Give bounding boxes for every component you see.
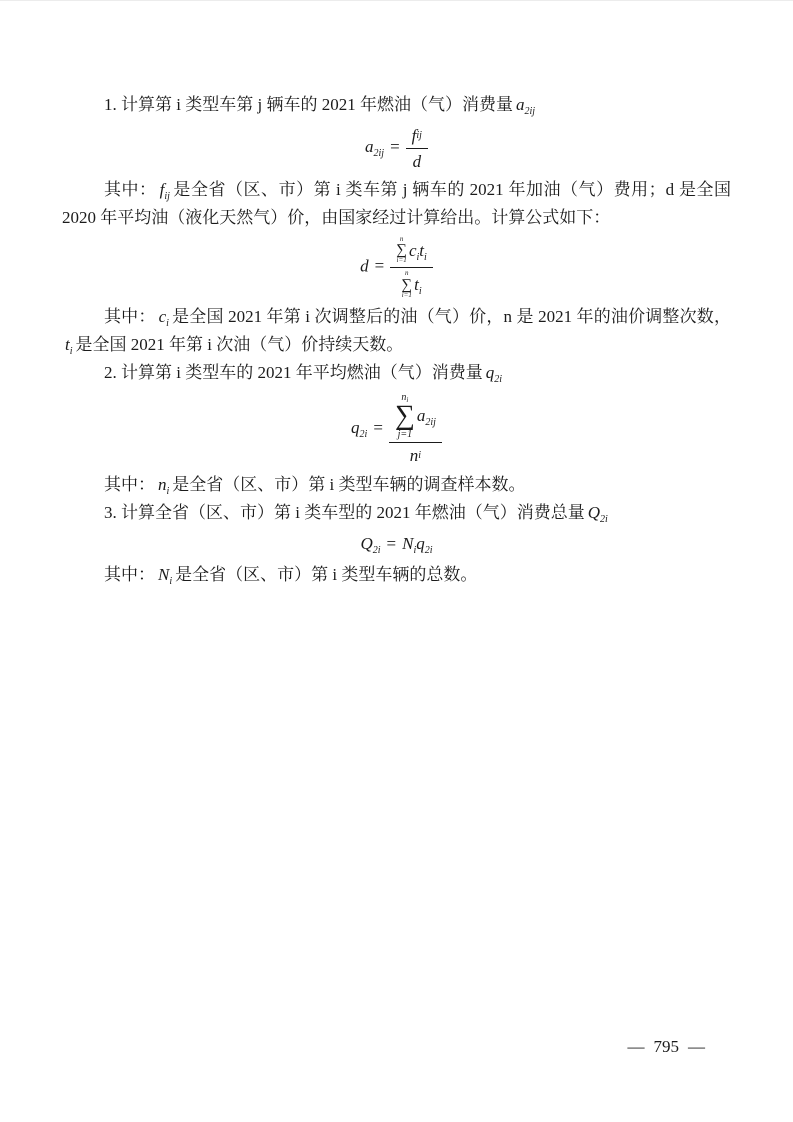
summation: n ∑ i=1 [401,270,412,300]
math-subscript: i [419,286,422,297]
formula-rhs: Niq2i [402,534,432,553]
item-2-heading: 2. 计算第 i 类型车的 2021 年平均燃油（气）消费量q2i [62,359,731,387]
sigma-icon: ∑ [395,403,415,430]
paragraph-text: 是全国 2021 年第 i 次调整后的油（气）价，n 是 2021 年的油价调整… [172,307,731,326]
paragraph-text: 是全省（区、市）第 i 类型车辆的总数。 [175,565,477,584]
sum-term: citi [409,240,427,261]
item-3-heading: 3. 计算全省（区、市）第 i 类车型的 2021 年燃油（气）消费总量Q2i [62,499,731,527]
math-variable: d [360,256,369,275]
fraction-numerator: fij [406,124,428,149]
fraction-numerator: ni ∑ j=1 a2ij [389,391,442,444]
math-variable: q [486,363,495,382]
math-subscript: i [70,346,73,357]
sigma-icon: ∑ [401,278,412,292]
summation: ni ∑ j=1 [395,392,415,441]
footer-page-number: 795 [654,1037,680,1057]
fraction: n ∑ i=1 citi n ∑ i=1 ti [390,235,433,300]
math-variable: a [365,137,374,156]
formula-lhs: Q2i [360,534,380,553]
page-footer: — 795 — [628,1037,706,1057]
math-subscript: i [169,576,172,587]
math-variable: N [158,565,169,584]
math-variable: c [409,241,417,260]
paragraph-f: 其中：fij是全省（区、市）第 i 类车第 j 辆车的 2021 年加油（气）费… [62,176,731,232]
math-subscript: 2i [600,514,608,525]
formula-lhs: d [360,256,369,275]
sum-lower-limit: j=1 [398,429,413,440]
math-subscript: ij [164,191,170,202]
inline-variable: Ni [158,565,172,584]
paragraph-N: 其中：Ni是全省（区、市）第 i 类型车辆的总数。 [62,561,731,589]
footer-dash-left: — [628,1037,645,1057]
paragraph-n: 其中：ni是全省（区、市）第 i 类型车辆的调查样本数。 [62,471,731,499]
math-subscript: i [167,486,170,497]
document-page: 1. 计算第 i 类型车第 j 辆车的 2021 年燃油（气）消费量a2ij a… [0,0,793,1122]
equals-sign: = [381,534,403,553]
item-1-text: 1. 计算第 i 类型车第 j 辆车的 2021 年燃油（气）消费量 [104,95,513,114]
summation: n ∑ i=1 [396,236,407,266]
paragraph-text: 是全国 2021 年第 i 次油（气）价持续天数。 [76,335,404,354]
inline-variable: ni [158,475,169,494]
item-2-variable: q2i [486,363,502,382]
paragraph-lead: 其中： [104,565,155,584]
inline-variable: fij [160,180,170,199]
math-subscript: 2ij [425,417,436,428]
paragraph-lead: 其中： [104,180,157,199]
fraction-denominator: n ∑ i=1 ti [390,268,433,300]
math-variable: n [158,475,167,494]
inline-variable: ci [159,307,169,326]
formula-Q2i: Q2i=Niq2i [62,530,731,558]
math-variable: q [351,418,360,437]
math-variable: q [416,534,425,553]
fraction-denominator: d [406,149,428,172]
item-2-text: 2. 计算第 i 类型车的 2021 年平均燃油（气）消费量 [104,363,483,382]
math-variable: Q [588,503,600,522]
paragraph-text: 是全省（区、市）第 i 类型车辆的调查样本数。 [172,475,525,494]
item-1-variable: a2ij [516,95,535,114]
math-variable: Q [360,534,372,553]
math-subscript: 2ij [524,106,535,117]
formula-lhs: a2ij [365,137,384,156]
sigma-icon: ∑ [396,243,407,257]
formula-lhs: q2i [351,418,367,437]
item-1-heading: 1. 计算第 i 类型车第 j 辆车的 2021 年燃油（气）消费量a2ij [62,91,731,119]
math-subscript: 2i [494,374,502,385]
fraction-numerator: n ∑ i=1 citi [390,235,433,269]
sum-lower-limit: i=1 [397,257,407,265]
paragraph-c: 其中：ci是全国 2021 年第 i 次调整后的油（气）价，n 是 2021 年… [62,303,731,359]
sum-term: a2ij [417,405,436,426]
math-variable: c [159,307,167,326]
inline-variable: ti [65,335,73,354]
formula-q2i: q2i= ni ∑ j=1 a2ij ni [62,391,731,467]
math-variable: d [413,151,422,172]
sum-term: ti [414,274,422,295]
equals-sign: = [367,418,389,437]
fraction: fij d [406,124,428,173]
fraction: ni ∑ j=1 a2ij ni [389,391,442,467]
math-subscript: i [424,252,427,263]
math-subscript: 2i [425,545,433,556]
equals-sign: = [384,137,406,156]
equals-sign: = [369,256,391,275]
item-3-text: 3. 计算全省（区、市）第 i 类车型的 2021 年燃油（气）消费总量 [104,503,585,522]
formula-d: d= n ∑ i=1 citi n ∑ i=1 ti [62,235,731,300]
math-subscript: i [166,318,169,329]
math-subscript: 2i [373,545,381,556]
formula-a2ij: a2ij= fij d [62,124,731,173]
item-3-variable: Q2i [588,503,608,522]
paragraph-lead: 其中： [104,307,156,326]
math-variable: N [402,534,413,553]
math-subscript: 2ij [374,148,385,159]
footer-dash-right: — [688,1037,705,1057]
fraction-denominator: ni [389,443,442,466]
paragraph-lead: 其中： [104,475,155,494]
document-content: 1. 计算第 i 类型车第 j 辆车的 2021 年燃油（气）消费量a2ij a… [62,1,731,589]
sum-lower-limit: i=1 [402,292,412,300]
math-variable: n [410,445,419,466]
